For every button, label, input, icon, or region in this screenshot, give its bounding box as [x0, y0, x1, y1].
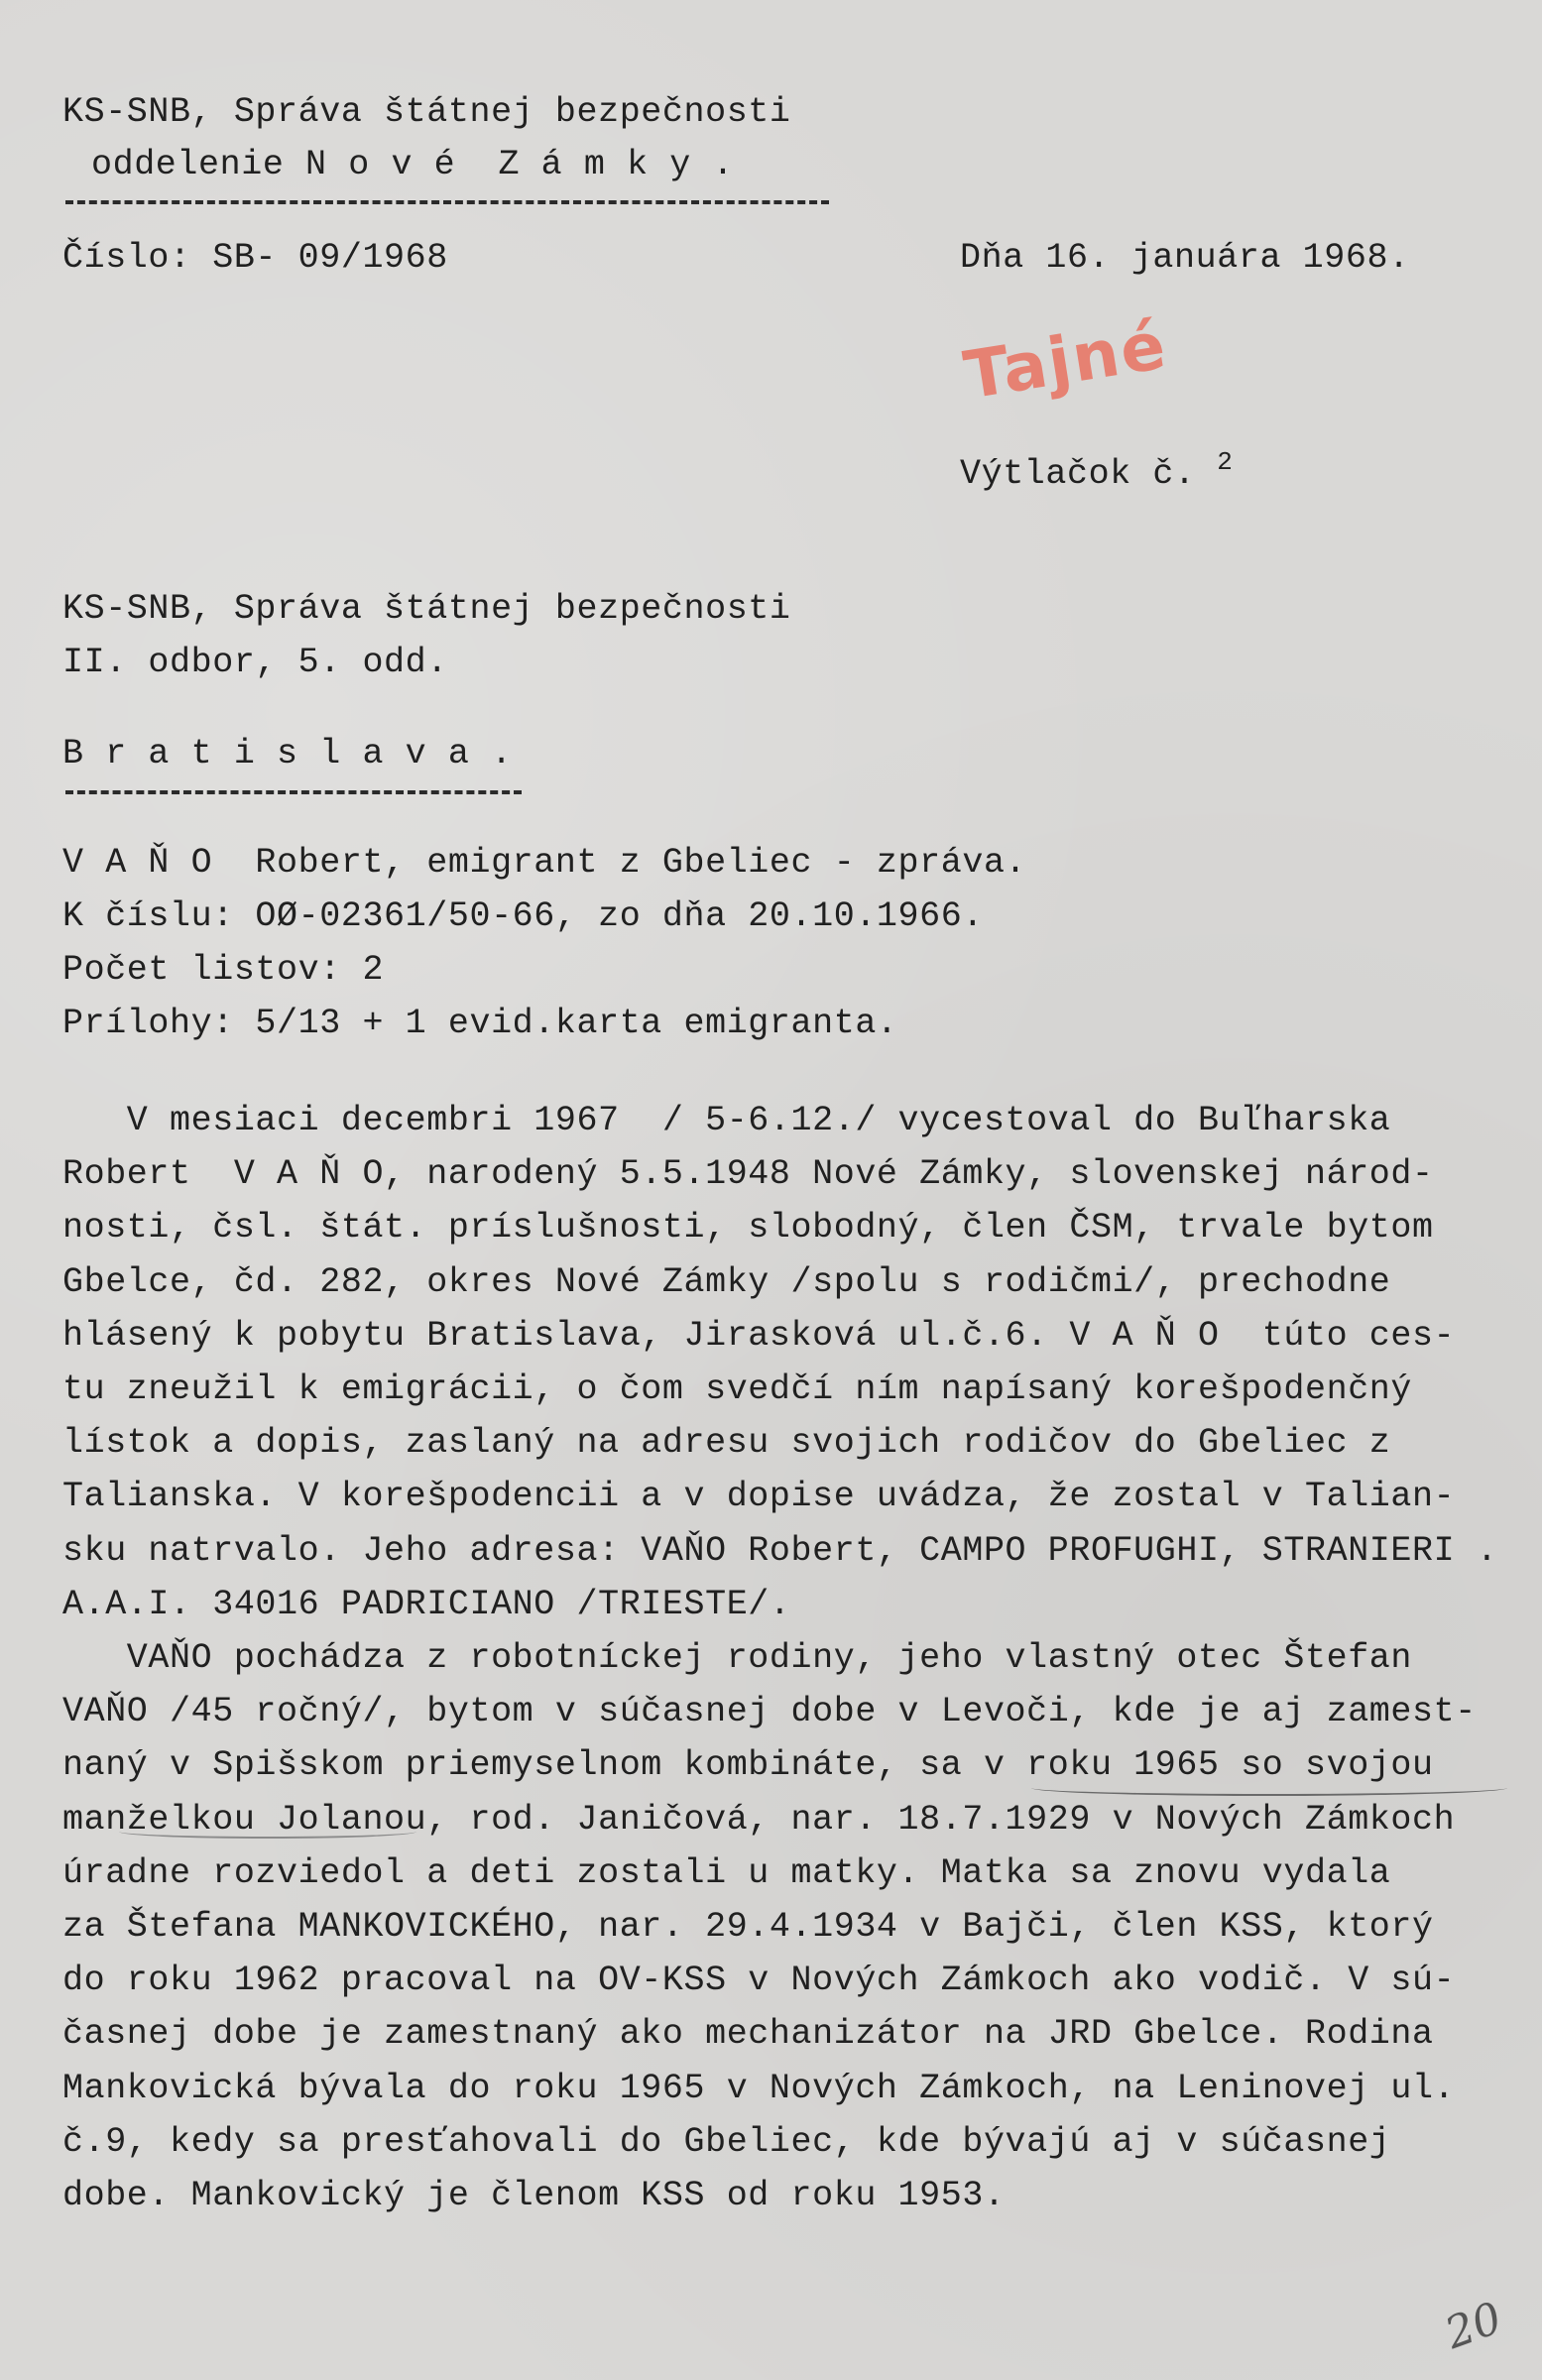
header-divider	[65, 200, 829, 204]
body-line: Robert V A Ň O, narodený 5.5.1948 Nové Z…	[62, 1154, 1434, 1194]
handwritten-underline	[1031, 1780, 1507, 1796]
copy-number: 2	[1217, 447, 1233, 477]
body-line: Mankovická bývala do roku 1965 v Nových …	[62, 2069, 1455, 2108]
sender-org-line2: oddelenie N o v é Z á m k y .	[91, 145, 734, 184]
body-line: lístok a dopis, zaslaný na adresu svojic…	[62, 1423, 1390, 1463]
copy-number-line: Výtlačok č. 2	[960, 454, 1233, 496]
body-line: dobe. Mankovický je členom KSS od roku 1…	[62, 2176, 1006, 2215]
body-line: V mesiaci decembri 1967 / 5-6.12./ vyces…	[62, 1101, 1390, 1140]
body-line: nosti, čsl. štát. príslušnosti, slobodný…	[62, 1208, 1434, 1248]
body-line: úradne rozviedol a deti zostali u matky.…	[62, 1853, 1390, 1893]
recipient-line2: II. odbor, 5. odd.	[62, 643, 448, 682]
body-line: VAŇO pochádza z robotníckej rodiny, jeho…	[62, 1638, 1412, 1678]
document-number: Číslo: SB- 09/1968	[62, 238, 448, 278]
body-line: do roku 1962 pracoval na OV-KSS v Nových…	[62, 1961, 1455, 2000]
sender-org-line1: KS-SNB, Správa štátnej bezpečnosti	[62, 92, 791, 132]
body-line: VAŇO /45 ročný/, bytom v súčasnej dobe v…	[62, 1692, 1477, 1731]
body-line: hlásený k pobytu Bratislava, Jirasková u…	[62, 1316, 1455, 1356]
body-line: Talianska. V korešpodencii a v dopise uv…	[62, 1477, 1455, 1516]
recipient-line1: KS-SNB, Správa štátnej bezpečnosti	[62, 589, 791, 629]
body-line: časnej dobe je zamestnaný ako mechanizát…	[62, 2014, 1434, 2054]
sheet-count: Počet listov: 2	[62, 950, 384, 990]
subject-line: V A Ň O Robert, emigrant z Gbeliec - zpr…	[62, 843, 1026, 883]
recipient-divider	[65, 790, 522, 794]
copy-label: Výtlačok č.	[960, 454, 1196, 494]
handwritten-page-number: 20	[1439, 2293, 1508, 2359]
classification-stamp: Tajné	[959, 306, 1172, 414]
body-line: sku natrvalo. Jeho adresa: VAŇO Robert, …	[62, 1531, 1497, 1571]
body-line: naný v Spišskom priemyselnom kombináte, …	[62, 1745, 1434, 1785]
body-line: č.9, kedy sa presťahovali do Gbeliec, kd…	[62, 2122, 1390, 2162]
document-date: Dňa 16. januára 1968.	[960, 238, 1410, 278]
recipient-city: B r a t i s l a v a .	[62, 734, 513, 773]
reference-number: K číslu: OØ-02361/50-66, zo dňa 20.10.19…	[62, 896, 984, 936]
body-line: tu zneužil k emigrácii, o čom svedčí ním…	[62, 1369, 1412, 1409]
body-line: A.A.I. 34016 PADRICIANO /TRIESTE/.	[62, 1585, 791, 1624]
body-line: Gbelce, čd. 282, okres Nové Zámky /spolu…	[62, 1262, 1390, 1302]
attachments: Prílohy: 5/13 + 1 evid.karta emigranta.	[62, 1004, 898, 1043]
body-line: za Štefana MANKOVICKÉHO, nar. 29.4.1934 …	[62, 1907, 1434, 1947]
handwritten-underline-2	[119, 1825, 416, 1839]
